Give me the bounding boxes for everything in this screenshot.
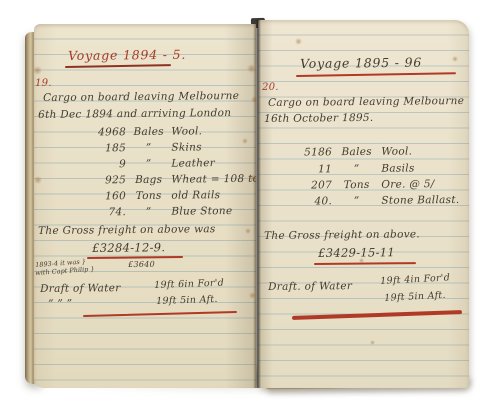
right-freight-amount: £3429-15-11: [318, 245, 395, 260]
photo-of-logbook: { "photo": { "description": "Open handwr…: [0, 0, 500, 413]
cargo-row: 40. ” Stone Ballast.: [262, 194, 460, 208]
cargo-unit: ”: [130, 142, 168, 154]
right-amount-underline: [314, 262, 416, 265]
cargo-row: 4968 Bales Wool.: [42, 125, 202, 139]
foxing-spot: [359, 258, 364, 263]
right-draft-aft: 19ft 5in Aft.: [384, 290, 446, 304]
right-draft-underline: [292, 310, 462, 319]
right-heading-underline: [296, 72, 456, 77]
cargo-qty: 925: [42, 174, 126, 187]
cargo-qty: 185: [42, 142, 126, 155]
foxing-spot: [249, 292, 256, 299]
cargo-qty: 74.: [42, 206, 126, 219]
cargo-item: Wool.: [381, 145, 412, 157]
left-draft-label: Draft of Water: [40, 282, 121, 295]
cargo-unit: Bales: [130, 126, 168, 138]
right-freight-line: The Gross freight on above.: [264, 228, 420, 242]
cargo-item: Wool.: [171, 125, 202, 137]
cargo-item: Stone Ballast.: [381, 194, 459, 207]
cargo-item: Basils: [381, 162, 414, 174]
cargo-row: 5186 Bales Wool.: [262, 145, 412, 159]
cargo-row: 74. ” Blue Stone: [42, 205, 233, 219]
left-voyage-heading: Voyage 1894 - 5.: [68, 47, 186, 63]
right-voyage-heading: Voyage 1895 - 96: [300, 55, 422, 71]
cargo-row: 925 Bags Wheat = 108 tons: [42, 173, 256, 187]
cargo-unit: Tons: [336, 179, 378, 191]
cargo-row: 185 ” Skins: [42, 141, 202, 155]
right-page: Voyage 1895 - 96 20. Cargo on board leav…: [258, 20, 469, 388]
left-page: Voyage 1894 - 5. 19. Cargo on board leav…: [34, 24, 256, 388]
right-draft-forward: 19ft 4in For'd: [380, 272, 450, 287]
cargo-item: Skins: [171, 141, 202, 153]
cargo-qty: 9: [42, 158, 126, 171]
left-amount-underline: [87, 256, 183, 259]
cargo-row: 9 ” Leather: [42, 157, 215, 171]
cargo-unit: ”: [336, 195, 378, 207]
cargo-unit: Bags: [130, 174, 168, 186]
left-draft-underline: [83, 311, 237, 317]
foxing-spot: [242, 138, 248, 144]
foxing-spot: [295, 38, 302, 45]
cargo-row: 207 Tons Ore. @ 5/: [262, 178, 435, 192]
cargo-qty: 11: [262, 163, 332, 176]
cargo-qty: 207: [262, 179, 332, 192]
cargo-qty: 5186: [262, 146, 332, 159]
left-heading-underline: [65, 64, 171, 67]
cargo-unit: ”: [130, 158, 168, 170]
foxing-spot: [452, 56, 458, 62]
left-margin-note-amount: £3640: [128, 260, 155, 269]
cargo-unit: Tons: [130, 190, 168, 202]
cargo-item: Leather: [171, 157, 215, 169]
foxing-spot: [249, 174, 257, 182]
left-intro-line2: 6th Dec 1894 and arriving London: [38, 107, 231, 121]
cargo-unit: ”: [130, 206, 168, 218]
left-draft-aft: 19ft 5in Aft.: [156, 294, 218, 307]
right-draft-label: Draft. of Water: [268, 280, 352, 293]
right-page-number: 20.: [262, 82, 279, 93]
cargo-unit: ”: [336, 163, 378, 175]
cargo-unit: Bales: [336, 146, 378, 158]
cargo-row: 160 Tons old Rails: [42, 189, 220, 203]
open-logbook: Voyage 1894 - 5. 19. Cargo on board leav…: [25, 18, 472, 396]
cargo-item: Blue Stone: [171, 205, 232, 218]
foxing-spot: [247, 64, 256, 73]
cargo-qty: 4968: [42, 126, 126, 139]
left-draft-ditto: ” ” ”: [48, 298, 72, 310]
cargo-qty: 160: [42, 190, 126, 203]
foxing-spot: [370, 340, 375, 345]
foxing-spot: [34, 176, 42, 184]
left-freight-line: The Gross freight on above was: [38, 223, 216, 237]
foxing-spot: [33, 66, 42, 75]
cargo-item: Ore. @ 5/: [381, 178, 434, 191]
left-page-number: 19.: [35, 78, 52, 89]
cargo-item: old Rails: [171, 189, 220, 202]
left-intro-line1: Cargo on board leaving Melbourne: [43, 90, 239, 104]
book-gutter: [253, 20, 261, 388]
right-intro-line2: 16th October 1895.: [264, 112, 374, 125]
foxing-spot: [245, 228, 251, 234]
cargo-qty: 40.: [262, 195, 332, 208]
cargo-item: Wheat = 108 tons: [171, 173, 256, 186]
foxing-spot: [251, 96, 258, 103]
left-draft-forward: 19ft 6in For'd: [154, 278, 224, 291]
cargo-row: 11 ” Basils: [262, 162, 415, 176]
left-freight-amount: £3284-12-9.: [92, 240, 165, 255]
right-intro-line1: Cargo on board leaving Melbourne: [268, 95, 464, 109]
